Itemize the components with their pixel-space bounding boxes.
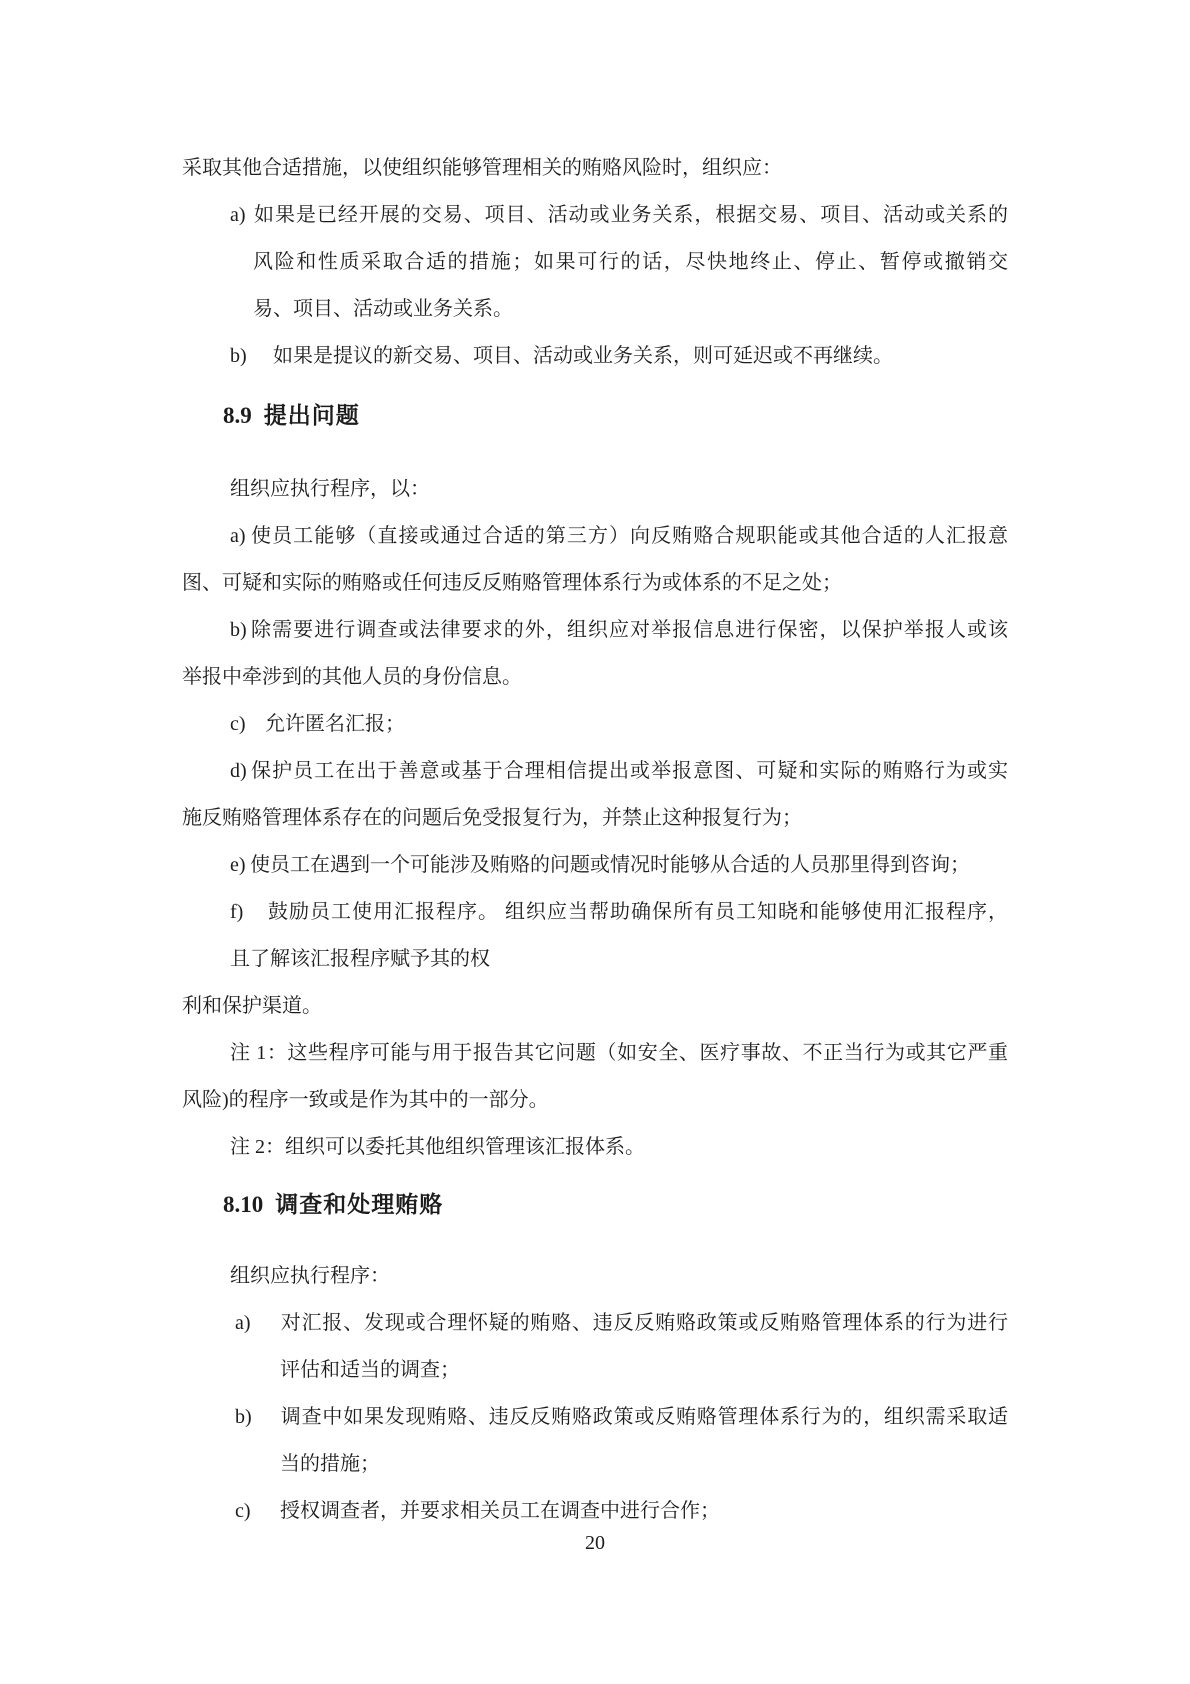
s89-item-a-label: a) (230, 513, 250, 560)
s89-item-e-line-1: e)使员工在遇到一个可能涉及贿赂的问题或情况时能够从合适的人员那里得到咨询； (182, 842, 1008, 889)
section-8-10-number: 8.10 (223, 1192, 263, 1217)
s810-item-b-text-1: 调查中如果发现贿赂、违反反贿赂政策或反贿赂管理体系行为的，组织需采取适 (280, 1406, 1008, 1428)
s89-note-1-line-1: 注 1：这些程序可能与用于报告其它问题（如安全、医疗事故、不正当行为或其它严重 (182, 1030, 1008, 1077)
s89-item-f-label: f) (230, 889, 267, 936)
section-8-9-heading: 8.9提出问题 (182, 398, 1008, 432)
page-number: 20 (0, 1528, 1190, 1558)
s810-item-a-text-1: 对汇报、发现或合理怀疑的贿赂、违反反贿赂政策或反贿赂管理体系的行为进行 (280, 1312, 1008, 1334)
s89-item-a-line-1: a)使员工能够（直接或通过合适的第三方）向反贿赂合规职能或其他合适的人汇报意 (182, 513, 1008, 560)
intro-item-b-label: b) (230, 333, 273, 380)
intro-item-a-line-3: 易、项目、活动或业务关系。 (182, 286, 1008, 333)
s89-item-e-label: e) (230, 842, 250, 889)
document-page: 采取其他合适措施，以使组织能够管理相关的贿赂风险时，组织应： a)如果是已经开展… (0, 0, 1190, 1684)
section-8-9-number: 8.9 (223, 403, 252, 428)
s89-item-d-line-1: d)保护员工在出于善意或基于合理相信提出或举报意图、可疑和实际的贿赂行为或实 (182, 748, 1008, 795)
section-8-9-lead: 组织应执行程序，以： (182, 466, 1008, 513)
s810-item-a-label: a) (235, 1300, 280, 1347)
s89-item-d-text-1: 保护员工在出于善意或基于合理相信提出或举报意图、可疑和实际的贿赂行为或实 (250, 760, 1008, 782)
s810-item-c-text-1: 授权调查者，并要求相关员工在调查中进行合作； (280, 1500, 720, 1522)
s89-item-c-label: c) (230, 701, 265, 748)
s89-item-f-line-1: f)鼓励员工使用汇报程序。 组织应当帮助确保所有员工知晓和能够使用汇报程序， (182, 889, 1008, 936)
s810-item-b-line-1: b)调查中如果发现贿赂、违反反贿赂政策或反贿赂管理体系行为的，组织需采取适 (182, 1394, 1008, 1441)
s89-item-b-text-1: 除需要进行调查或法律要求的外，组织应对举报信息进行保密，以保护举报人或该 (250, 619, 1008, 641)
s89-item-c-text-1: 允许匿名汇报； (265, 713, 405, 735)
s810-item-b-line-2: 当的措施； (182, 1441, 1008, 1488)
s810-item-a-line-2: 评估和适当的调查； (182, 1347, 1008, 1394)
section-8-10-title: 调查和处理贿赂 (275, 1191, 443, 1217)
s810-item-b-label: b) (235, 1394, 280, 1441)
intro-item-b-text-1: 如果是提议的新交易、项目、活动或业务关系，则可延迟或不再继续。 (273, 345, 893, 367)
section-8-10-heading: 8.10调查和处理贿赂 (182, 1187, 1008, 1221)
s89-item-c-line-1: c)允许匿名汇报； (182, 701, 1008, 748)
section-8-9-title: 提出问题 (264, 402, 360, 428)
section-8-10-lead: 组织应执行程序： (182, 1253, 1008, 1300)
intro-lead-line: 采取其他合适措施，以使组织能够管理相关的贿赂风险时，组织应： (182, 145, 1008, 192)
s89-item-a-line-2: 图、可疑和实际的贿赂或任何违反反贿赂管理体系行为或体系的不足之处； (182, 560, 1008, 607)
intro-item-a-line-2: 风险和性质采取合适的措施；如果可行的话，尽快地终止、停止、暂停或撤销交 (182, 239, 1008, 286)
s89-item-b-label: b) (230, 607, 250, 654)
s89-item-b-line-2: 举报中牵涉到的其他人员的身份信息。 (182, 654, 1008, 701)
intro-item-a-text-1: 如果是已经开展的交易、项目、活动或业务关系，根据交易、项目、活动或关系的 (253, 204, 1008, 226)
s89-item-e-text-1: 使员工在遇到一个可能涉及贿赂的问题或情况时能够从合适的人员那里得到咨询； (250, 854, 970, 876)
s89-item-f-line-2: 且了解该汇报程序赋予其的权 (182, 936, 1008, 983)
s810-item-a-line-1: a)对汇报、发现或合理怀疑的贿赂、违反反贿赂政策或反贿赂管理体系的行为进行 (182, 1300, 1008, 1347)
s89-item-b-line-1: b)除需要进行调查或法律要求的外，组织应对举报信息进行保密，以保护举报人或该 (182, 607, 1008, 654)
s89-item-d-line-2: 施反贿赂管理体系存在的问题后免受报复行为，并禁止这种报复行为； (182, 795, 1008, 842)
intro-item-b-line-1: b)如果是提议的新交易、项目、活动或业务关系，则可延迟或不再继续。 (182, 333, 1008, 380)
page-content: 采取其他合适措施，以使组织能够管理相关的贿赂风险时，组织应： a)如果是已经开展… (182, 145, 1008, 1535)
s89-item-f-line-3: 利和保护渠道。 (182, 983, 1008, 1030)
s89-note-2: 注 2：组织可以委托其他组织管理该汇报体系。 (182, 1124, 1008, 1171)
intro-item-a-label: a) (230, 192, 253, 239)
s89-item-d-label: d) (230, 748, 250, 795)
intro-item-a-line-1: a)如果是已经开展的交易、项目、活动或业务关系，根据交易、项目、活动或关系的 (182, 192, 1008, 239)
s89-item-a-text-1: 使员工能够（直接或通过合适的第三方）向反贿赂合规职能或其他合适的人汇报意 (250, 525, 1008, 547)
s89-item-f-text-1: 鼓励员工使用汇报程序。 组织应当帮助确保所有员工知晓和能够使用汇报程序， (267, 901, 1008, 923)
s89-note-1-line-2: 风险)的程序一致或是作为其中的一部分。 (182, 1077, 1008, 1124)
